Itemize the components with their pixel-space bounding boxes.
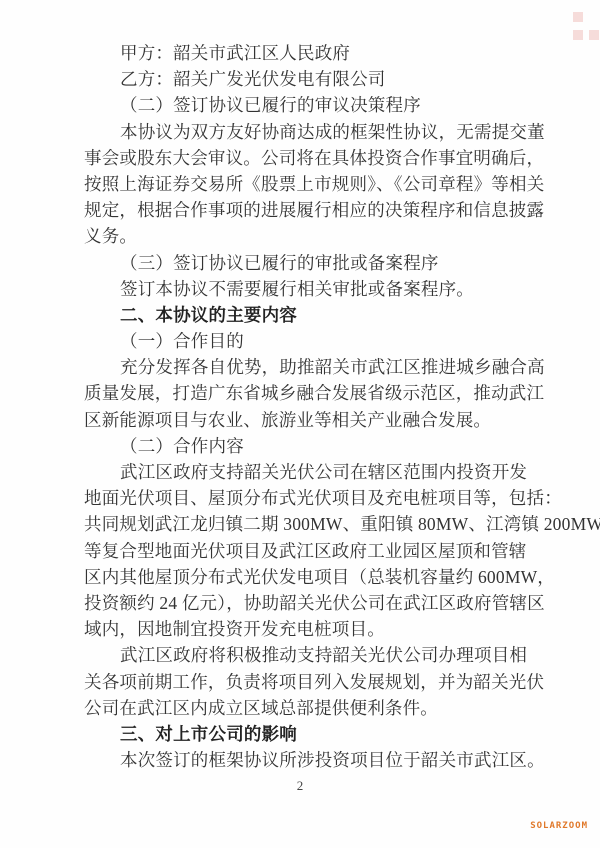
text-line: 地面光伏项目、屋顶分布式光伏项目及充电桩项目等，包括：	[84, 485, 514, 511]
text-line: 质量发展，打造广东省城乡融合发展省级示范区，推动武江	[84, 380, 514, 406]
document-page: 甲方：韶关市武江区人民政府乙方：韶关广发光伏发电有限公司（二）签订协议已履行的审…	[0, 0, 600, 848]
text-line: 域内，因地制宜投资开发充电桩项目。	[84, 616, 514, 642]
text-line: 区内其他屋顶分布式光伏发电项目（总装机容量约 600MW，	[84, 564, 514, 590]
scan-artifact	[573, 12, 583, 22]
text-line: 共同规划武江龙归镇二期 300MW、重阳镇 80MW、江湾镇 200MW	[84, 511, 514, 537]
document-body: 甲方：韶关市武江区人民政府乙方：韶关广发光伏发电有限公司（二）签订协议已履行的审…	[84, 40, 514, 773]
scan-artifact	[573, 30, 583, 40]
text-line: 充分发挥各自优势，助推韶关市武江区推进城乡融合高	[84, 354, 514, 380]
text-line: 签订本协议不需要履行相关审批或备案程序。	[84, 276, 514, 302]
text-line: 乙方：韶关广发光伏发电有限公司	[84, 66, 514, 92]
text-line: 区新能源项目与农业、旅游业等相关产业融合发展。	[84, 407, 514, 433]
text-line: 规定，根据合作事项的进展履行相应的决策程序和信息披露	[84, 197, 514, 223]
text-line: 义务。	[84, 223, 514, 249]
text-line: 公司在武江区内成立区域总部提供便利条件。	[84, 695, 514, 721]
scan-artifact	[589, 30, 599, 40]
text-line: 武江区政府支持韶关光伏公司在辖区范围内投资开发	[84, 459, 514, 485]
text-line: 三、对上市公司的影响	[84, 721, 514, 747]
text-line: 甲方：韶关市武江区人民政府	[84, 40, 514, 66]
text-line: （三）签订协议已履行的审批或备案程序	[84, 250, 514, 276]
page-number: 2	[0, 778, 600, 794]
text-line: 关各项前期工作，负责将项目列入发展规划，并为韶关光伏	[84, 669, 514, 695]
text-line: 按照上海证券交易所《股票上市规则》、《公司章程》等相关	[84, 171, 514, 197]
text-line: （一）合作目的	[84, 328, 514, 354]
text-line: 事会或股东大会审议。公司将在具体投资合作事宜明确后，	[84, 145, 514, 171]
text-line: 二、本协议的主要内容	[84, 302, 514, 328]
text-line: 投资额约 24 亿元），协助韶关光伏公司在武江区政府管辖区	[84, 590, 514, 616]
text-line: （二）签订协议已履行的审议决策程序	[84, 92, 514, 118]
text-line: 武江区政府将积极推动支持韶关光伏公司办理项目相	[84, 642, 514, 668]
solarzoom-watermark: SOLARZOOM	[530, 821, 588, 831]
text-line: （二）合作内容	[84, 433, 514, 459]
text-line: 本次签订的框架协议所涉投资项目位于韶关市武江区。	[84, 747, 514, 773]
text-line: 等复合型地面光伏项目及武江区政府工业园区屋顶和管辖	[84, 538, 514, 564]
text-line: 本协议为双方友好协商达成的框架性协议，无需提交董	[84, 119, 514, 145]
